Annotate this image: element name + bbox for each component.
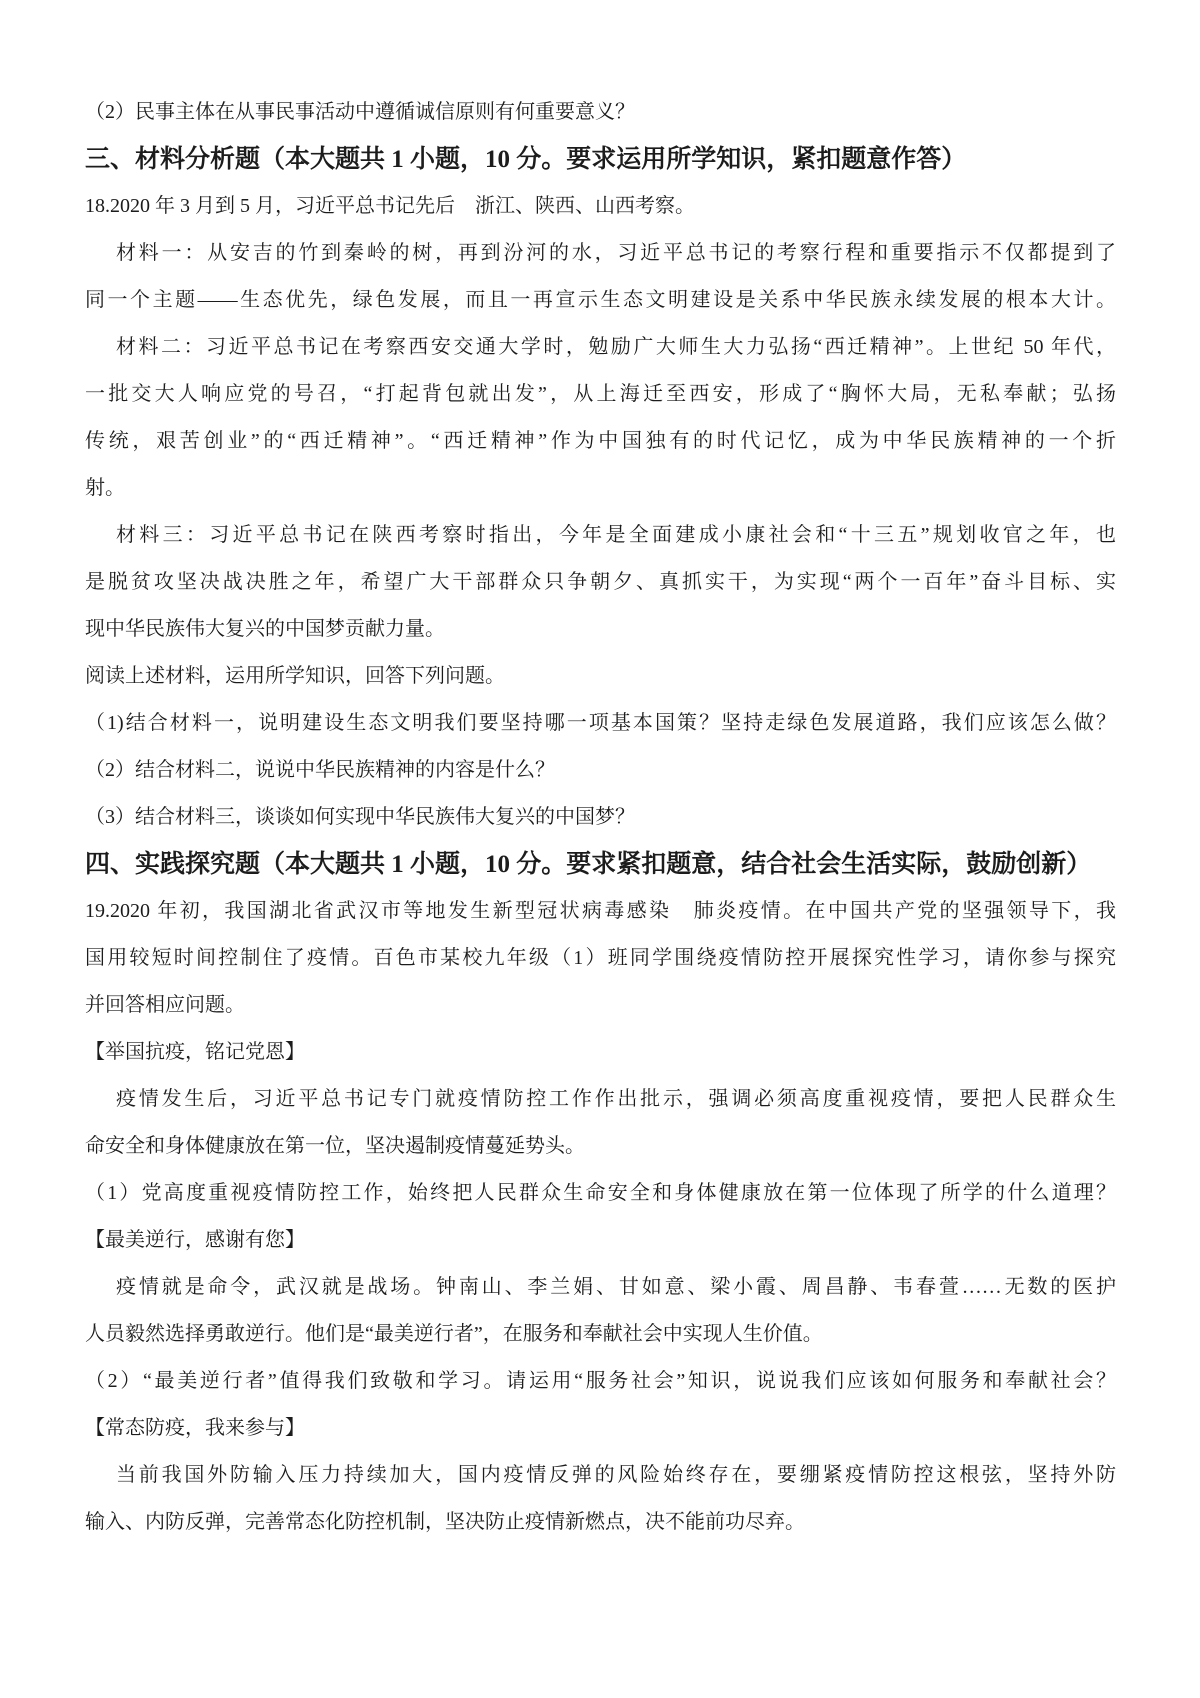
activity-label: 【常态防疫，我来参与】 xyxy=(85,1405,1116,1452)
section-heading: 三、材料分析题（本大题共 1 小题，10 分。要求运用所学知识，紧扣题意作答） xyxy=(85,136,1116,183)
text-line: 国用较短时间控制住了疫情。百色市某校九年级（1）班同学围绕疫情防控开展探究性学习… xyxy=(85,935,1116,982)
activity-label: 【举国抗疫，铭记党恩】 xyxy=(85,1029,1116,1076)
text-line: 材料一：从安吉的竹到秦岭的树，再到汾河的水，习近平总书记的考察行程和重要指示不仅… xyxy=(85,230,1116,277)
text-line: （3）结合材料三，谈谈如何实现中华民族伟大复兴的中国梦？ xyxy=(85,794,1116,841)
text-line: 材料二：习近平总书记在考察西安交通大学时，勉励广大师生大力弘扬“西迁精神”。上世… xyxy=(85,324,1116,371)
document-body: （2）民事主体在从事民事活动中遵循诚信原则有何重要意义？三、材料分析题（本大题共… xyxy=(85,89,1116,1546)
text-line: 当前我国外防输入压力持续加大，国内疫情反弹的风险始终存在，要绷紧疫情防控这根弦，… xyxy=(85,1452,1116,1499)
exam-paper-page: （2）民事主体在从事民事活动中遵循诚信原则有何重要意义？三、材料分析题（本大题共… xyxy=(0,0,1200,1698)
text-line: 一批交大人响应党的号召，“打起背包就出发”，从上海迁至西安，形成了“胸怀大局，无… xyxy=(85,371,1116,418)
text-line: （2）民事主体在从事民事活动中遵循诚信原则有何重要意义？ xyxy=(85,89,1116,136)
text-line: 同一个主题——生态优先，绿色发展，而且一再宣示生态文明建设是关系中华民族永续发展… xyxy=(85,277,1116,324)
text-line: 材料三：习近平总书记在陕西考察时指出，今年是全面建成小康社会和“十三五”规划收官… xyxy=(85,512,1116,559)
text-line: 阅读上述材料，运用所学知识，回答下列问题。 xyxy=(85,653,1116,700)
text-line: （1)结合材料一，说明建设生态文明我们要坚持哪一项基本国策？坚持走绿色发展道路，… xyxy=(85,700,1116,747)
text-line: 并回答相应问题。 xyxy=(85,982,1116,1029)
text-line: 命安全和身体健康放在第一位，坚决遏制疫情蔓延势头。 xyxy=(85,1123,1116,1170)
text-line: 是脱贫攻坚决战决胜之年，希望广大干部群众只争朝夕、真抓实干，为实现“两个一百年”… xyxy=(85,559,1116,606)
text-line: 人员毅然选择勇敢逆行。他们是“最美逆行者”，在服务和奉献社会中实现人生价值。 xyxy=(85,1311,1116,1358)
text-line: 19.2020 年初，我国湖北省武汉市等地发生新型冠状病毒感染 肺炎疫情。在中国… xyxy=(85,888,1116,935)
text-line: 输入、内防反弹，完善常态化防控机制，坚决防止疫情新燃点，决不能前功尽弃。 xyxy=(85,1499,1116,1546)
text-line: 18.2020 年 3 月到 5 月，习近平总书记先后 浙江、陕西、山西考察。 xyxy=(85,183,1116,230)
text-line: （2）结合材料二，说说中华民族精神的内容是什么？ xyxy=(85,747,1116,794)
activity-label: 【最美逆行，感谢有您】 xyxy=(85,1217,1116,1264)
text-line: 疫情发生后，习近平总书记专门就疫情防控工作作出批示，强调必须高度重视疫情，要把人… xyxy=(85,1076,1116,1123)
text-line: 现中华民族伟大复兴的中国梦贡献力量。 xyxy=(85,606,1116,653)
text-line: （2）“最美逆行者”值得我们致敬和学习。请运用“服务社会”知识，说说我们应该如何… xyxy=(85,1358,1116,1405)
text-line: 射。 xyxy=(85,465,1116,512)
section-heading: 四、实践探究题（本大题共 1 小题，10 分。要求紧扣题意，结合社会生活实际，鼓… xyxy=(85,841,1116,888)
text-line: 疫情就是命令，武汉就是战场。钟南山、李兰娟、甘如意、梁小霞、周昌静、韦春萱……无… xyxy=(85,1264,1116,1311)
text-line: 传统，艰苦创业”的“西迁精神”。“西迁精神”作为中国独有的时代记忆，成为中华民族… xyxy=(85,418,1116,465)
text-line: （1）党高度重视疫情防控工作，始终把人民群众生命安全和身体健康放在第一位体现了所… xyxy=(85,1170,1116,1217)
